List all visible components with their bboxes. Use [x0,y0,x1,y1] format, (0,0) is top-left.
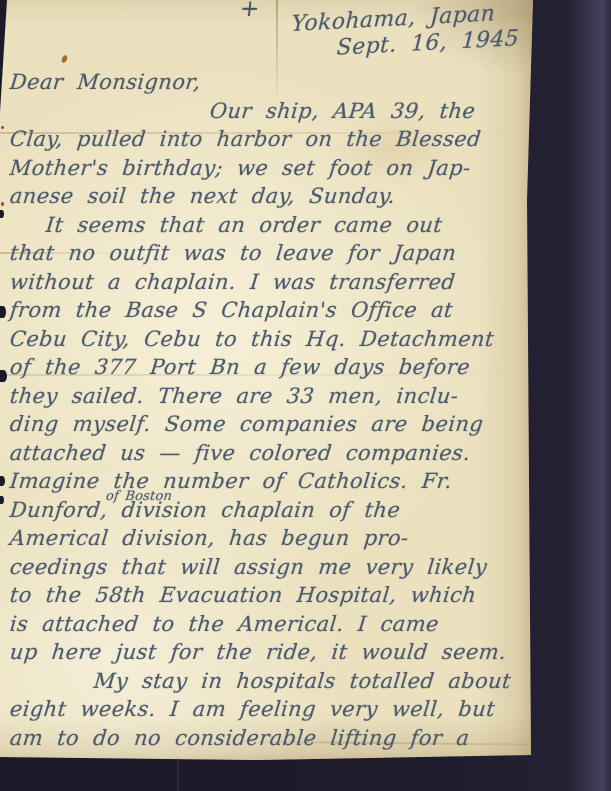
red-speck [1,126,4,129]
letter-line-text: Imagine the number of Catholics. Fr. [9,469,454,493]
letter-line: Our ship, APA 39, the [10,99,535,128]
letter-line: Imagine the number of Catholics. Fr. [10,469,535,498]
rust-stain [61,54,69,63]
letter-line: anese soil the next day, Sunday. [10,184,535,213]
letter-line: ceedings that will assign me very likely [10,555,535,584]
letter-line-text: anese soil the next day, Sunday. [9,184,397,208]
letter-line-text: Clay, pulled into harbor on the Blessed [9,127,483,151]
letter-line: from the Base S Chaplain's Office at [10,298,535,327]
letter-body: Dear Monsignor, Our ship, APA 39, theCla… [10,70,535,754]
letter-line-text: Americal division, has begun pro- [9,526,410,550]
letter-line-text: they sailed. There are 33 men, inclu- [9,384,460,408]
letter-line: Clay, pulled into harbor on the Blessed [10,127,535,156]
letter-line-text: eight weeks. I am feeling very well, but [9,697,497,721]
letter-line-text: to the 58th Evacuation Hospital, which [9,583,478,607]
letter-line: is attached to the Americal. I came [10,612,535,641]
letter-line-text: Cebu City, Cebu to this Hq. Detachment [9,327,495,351]
scanned-letter-photo: + Yokohama, Japan Sept. 16, 1945 Dear Mo… [0,0,611,791]
letter-line-text: up here just for the ride, it would seem… [9,640,508,664]
letter-line: up here just for the ride, it would seem… [10,640,535,669]
cross-mark-icon: + [239,0,261,22]
letter-line: that no outfit was to leave for Japan [10,241,535,270]
letter-line-text: that no outfit was to leave for Japan [9,241,458,265]
letter-line-text: It seems that an order came out [45,213,444,237]
letter-line: without a chaplain. I was transferred [10,270,535,299]
letter-line: they sailed. There are 33 men, inclu- [10,384,535,413]
letter-line: It seems that an order came out [10,213,535,242]
letter-line-text: of the 377 Port Bn a few days before [9,355,472,379]
red-speck [1,202,4,206]
letter-line: Americal division, has begun pro- [10,526,535,555]
letter-line-text: ceedings that will assign me very likely [9,555,489,579]
letter-line-text: am to do no considerable lifting for a [9,726,471,750]
letter-line: of the 377 Port Bn a few days before [10,355,535,384]
letter-line-text: Mother's birthday; we set foot on Jap- [9,156,472,180]
letter-paper: + Yokohama, Japan Sept. 16, 1945 Dear Mo… [0,0,611,791]
paper-edge-notch [0,476,5,486]
letter-line: Mother's birthday; we set foot on Jap- [10,156,535,185]
letter-line: eight weeks. I am feeling very well, but [10,697,535,726]
background-seam [177,758,179,791]
paper-edge-notch [0,370,7,382]
letter-line-text: without a chaplain. I was transferred [9,270,457,294]
letter-line-text: is attached to the Americal. I came [9,612,440,636]
letter-line-text: from the Base S Chaplain's Office at [9,298,454,322]
letter-line: Cebu City, Cebu to this Hq. Detachment [10,327,535,356]
letter-line: am to do no considerable lifting for a [10,726,535,755]
letter-line-text: My stay in hospitals totalled about [93,669,513,693]
paper-edge-notch [0,496,4,504]
paper-edge-notch [0,210,4,218]
letter-line: ding myself. Some companies are being [10,412,535,441]
salutation-line: Dear Monsignor, [10,70,535,99]
letter-line-text: attached us — five colored companies. [9,441,472,465]
letter-line: to the 58th Evacuation Hospital, which [10,583,535,612]
letter-line-text: ding myself. Some companies are being [9,412,485,436]
salutation-text: Dear Monsignor, [9,70,202,94]
paper-edge-notch [0,306,6,318]
letter-line-text: Dunford, division chaplain of the [9,498,402,522]
letter-line: of BostonDunford, division chaplain of t… [10,498,535,527]
letter-line: attached us — five colored companies. [10,441,535,470]
dateline: Yokohama, Japan Sept. 16, 1945 [291,0,520,63]
letter-line-text: Our ship, APA 39, the [209,99,477,123]
letter-line: My stay in hospitals totalled about [10,669,535,698]
